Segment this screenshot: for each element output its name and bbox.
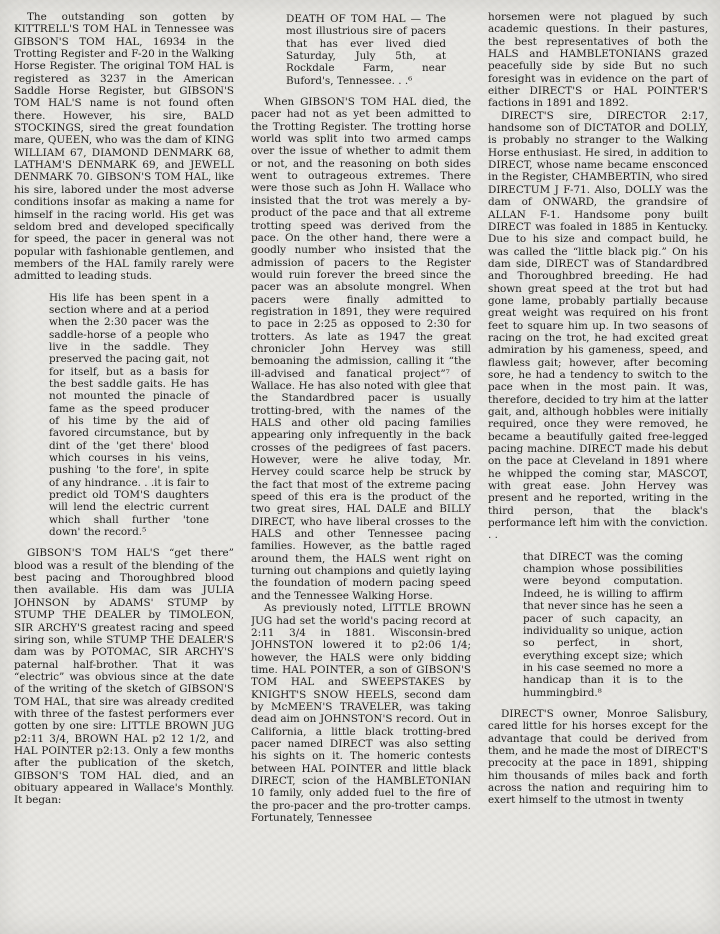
scanned-book-page: The outstanding son gotten by KITTRELL'S… bbox=[0, 0, 720, 934]
blockquote-sketch-excerpt: His life has been spent in a section whe… bbox=[49, 292, 209, 539]
column-middle: DEATH OF TOM HAL — The most illustrious … bbox=[251, 11, 471, 934]
paragraph-direct-sire-director: DIRECT'S sire, DIRECTOR 2:17, handsome s… bbox=[488, 110, 708, 542]
paragraph-gibsons-tom-hal-intro: The outstanding son gotten by KITTRELL'S… bbox=[14, 11, 234, 283]
blockquote-hervey-on-direct: that DIRECT was the coming champion whos… bbox=[523, 551, 683, 699]
paragraph-horsemen-continuation: horsemen were not plagued by such academ… bbox=[488, 11, 708, 110]
paragraph-get-there-blood: GIBSON'S TOM HAL'S “get there” blood was… bbox=[14, 547, 234, 806]
blockquote-obituary-death-of-tom-hal: DEATH OF TOM HAL — The most illustrious … bbox=[286, 13, 446, 87]
paragraph-pacer-register-controversy: When GIBSON'S TOM HAL died, the pacer ha… bbox=[251, 96, 471, 602]
paragraph-direct-owner-salisbury: DIRECT'S owner, Monroe Salisbury, cared … bbox=[488, 708, 708, 807]
column-left: The outstanding son gotten by KITTRELL'S… bbox=[14, 11, 234, 934]
column-right: horsemen were not plagued by such academ… bbox=[488, 11, 708, 934]
paragraph-pacing-record-rivalry: As previously noted, LITTLE BROWN JUG ha… bbox=[251, 602, 471, 824]
